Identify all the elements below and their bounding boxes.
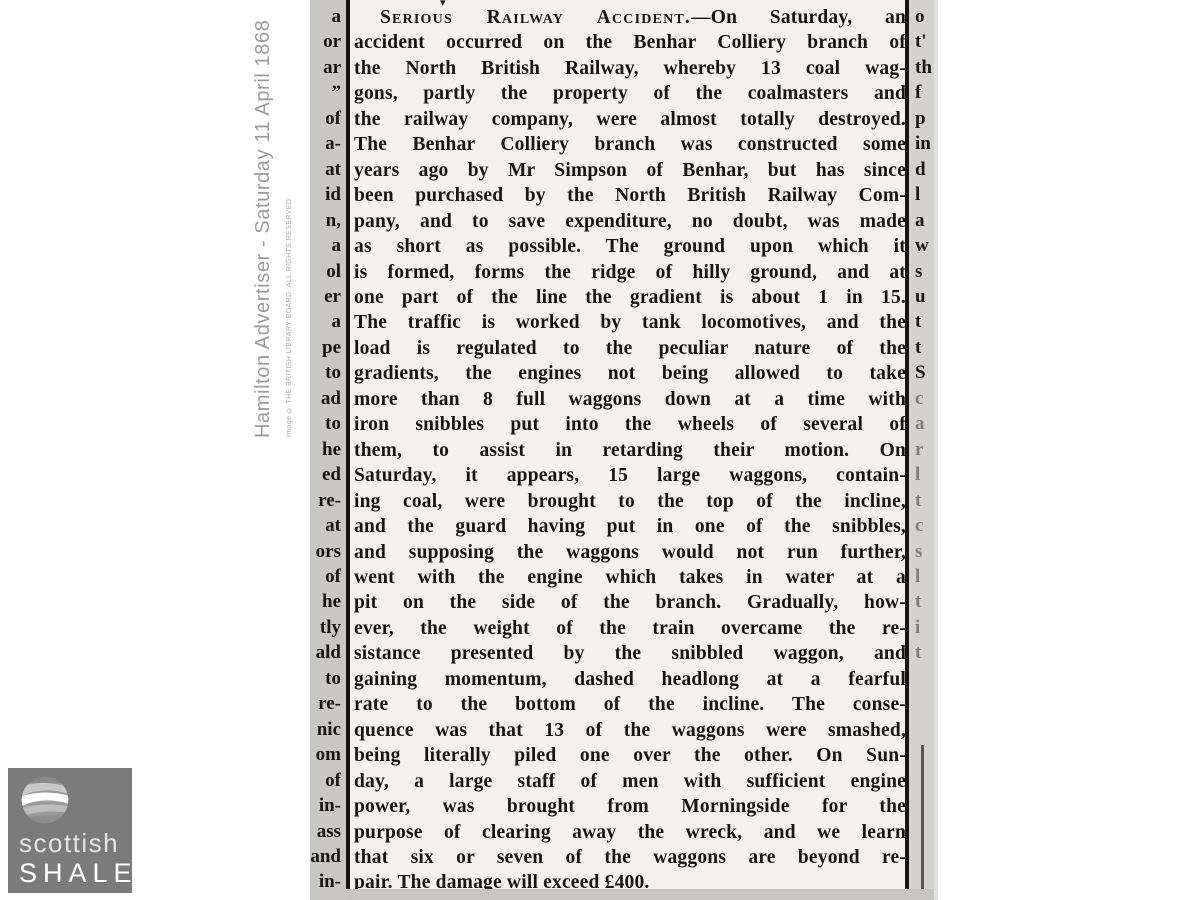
article-line: purpose of clearing away the wreck, and …	[354, 820, 906, 845]
column-fragment: he	[310, 589, 346, 614]
article-line: ever, the weight of the train overcame t…	[354, 616, 906, 641]
article-line: pany, and to save expenditure, no doubt,…	[354, 209, 906, 234]
article-line: them, to assist in retarding their motio…	[354, 438, 906, 463]
article-line: that six or seven of the waggons are bey…	[354, 845, 906, 870]
column-fragment: ald	[310, 640, 346, 665]
copyright-credit: Image © THE BRITISH LIBRARY BOARD. ALL R…	[286, 135, 298, 437]
article-line: load is regulated to the peculiar nature…	[354, 336, 906, 361]
globe-icon	[20, 775, 70, 825]
article-line: sistance presented by the snibbled waggo…	[354, 641, 906, 666]
scottish-shale-logo: scottish SHALE	[8, 768, 132, 893]
column-fragment: to	[310, 411, 346, 436]
article-line: more than 8 full waggons down at a time …	[354, 387, 906, 412]
column-fragment: to	[310, 360, 346, 385]
column-fragment: id	[310, 182, 346, 207]
column-fragment: ors	[310, 539, 346, 564]
scan-right-edge	[934, 0, 938, 900]
ink-speck: ▾	[440, 0, 446, 9]
article-line: Saturday, it appears, 15 large waggons, …	[354, 463, 906, 488]
article-line: iron snibbles put into the wheels of sev…	[354, 412, 906, 437]
column-fragment: re-	[310, 691, 346, 716]
column-fragment: a-	[310, 131, 346, 156]
article-line: pit on the side of the branch. Gradually…	[354, 590, 906, 615]
column-fragment: er	[310, 284, 346, 309]
article-line: day, a large staff of men with sufficien…	[354, 769, 906, 794]
column-fragment: n,	[310, 208, 346, 233]
column-fragment: a	[310, 4, 346, 29]
column-fragment: of	[310, 768, 346, 793]
column-fragment: or	[310, 29, 346, 54]
column-fragment: of	[310, 106, 346, 131]
ink-speck: ·	[566, 0, 570, 6]
scan-bottom-edge	[346, 889, 938, 900]
column-fragment: ed	[310, 462, 346, 487]
column-fragment: in-	[310, 869, 346, 894]
logo-word-scottish: scottish	[19, 828, 123, 859]
article-line: as short as possible. The ground upon wh…	[354, 234, 906, 259]
logo-word-shale: SHALE	[19, 858, 129, 889]
column-fragment: om	[310, 742, 346, 767]
column-fragment: ad	[310, 386, 346, 411]
column-fragment: to	[310, 666, 346, 691]
column-fragment: pe	[310, 335, 346, 360]
article-line: and supposing the waggons would not run …	[354, 540, 906, 565]
article-line: years ago by Mr Simpson of Benhar, but h…	[354, 158, 906, 183]
column-fragment: nic	[310, 717, 346, 742]
article-line: been purchased by the North British Rail…	[354, 183, 906, 208]
column-fragment: ol	[310, 259, 346, 284]
column-fragment: at	[310, 513, 346, 538]
article-line: one part of the line the gradient is abo…	[354, 285, 906, 310]
article-heading: Serious Railway Accident.	[380, 7, 691, 28]
column-fragment: a	[310, 309, 346, 334]
column-fragment: at	[310, 157, 346, 182]
article-line: accident occurred on the Benhar Colliery…	[354, 30, 906, 55]
article-heading-rest: —On Saturday, an	[691, 7, 906, 28]
left-column-fragments: aorar”ofa-atidn,aolerapetoadtoheedre-ato…	[310, 0, 346, 900]
column-fragment: tly	[310, 615, 346, 640]
newspaper-scan: aorar”ofa-atidn,aolerapetoadtoheedre-ato…	[310, 0, 938, 900]
column-fragment: ass	[310, 819, 346, 844]
article-line: and the guard having put in one of the s…	[354, 514, 906, 539]
article-column: ▾·–▪ Serious Railway Accident.—On Saturd…	[354, 0, 906, 900]
column-rule-right-lower	[921, 745, 924, 895]
article-line: The Benhar Colliery branch was construct…	[354, 132, 906, 157]
column-fragment: of	[310, 564, 346, 589]
column-fragment: ”	[310, 80, 346, 105]
column-rule-left	[346, 0, 350, 900]
article-line: rate to the bottom of the incline. The c…	[354, 692, 906, 717]
column-fragment: re-	[310, 488, 346, 513]
article-line: The traffic is worked by tank locomotive…	[354, 310, 906, 335]
ink-specks: ▾·–▪	[398, 0, 938, 10]
article-line: power, was brought from Morningside for …	[354, 794, 906, 819]
scan-caption: Hamilton Advertiser - Saturday 11 April …	[252, 10, 282, 438]
column-fragment: he	[310, 437, 346, 462]
article-line: is formed, forms the ridge of hilly grou…	[354, 260, 906, 285]
article-line: the railway company, were almost totally…	[354, 107, 906, 132]
article-line: went with the engine which takes in wate…	[354, 565, 906, 590]
column-fragment: a	[310, 233, 346, 258]
article-line: gons, partly the property of the coalmas…	[354, 81, 906, 106]
article-line: gaining momentum, dashed headlong at a f…	[354, 667, 906, 692]
ink-speck: –	[614, 0, 620, 5]
article-line: the North British Railway, whereby 13 co…	[354, 56, 906, 81]
article-line: gradients, the engines not being allowed…	[354, 361, 906, 386]
article-line: quence was that 13 of the waggons were s…	[354, 718, 906, 743]
column-fragment: and	[310, 844, 346, 869]
article-body: accident occurred on the Benhar Colliery…	[354, 30, 906, 895]
article-line: being literally piled one over the other…	[354, 743, 906, 768]
article-line: ing coal, were brought to the top of the…	[354, 489, 906, 514]
column-fragment: ar	[310, 55, 346, 80]
column-fragment: in-	[310, 793, 346, 818]
